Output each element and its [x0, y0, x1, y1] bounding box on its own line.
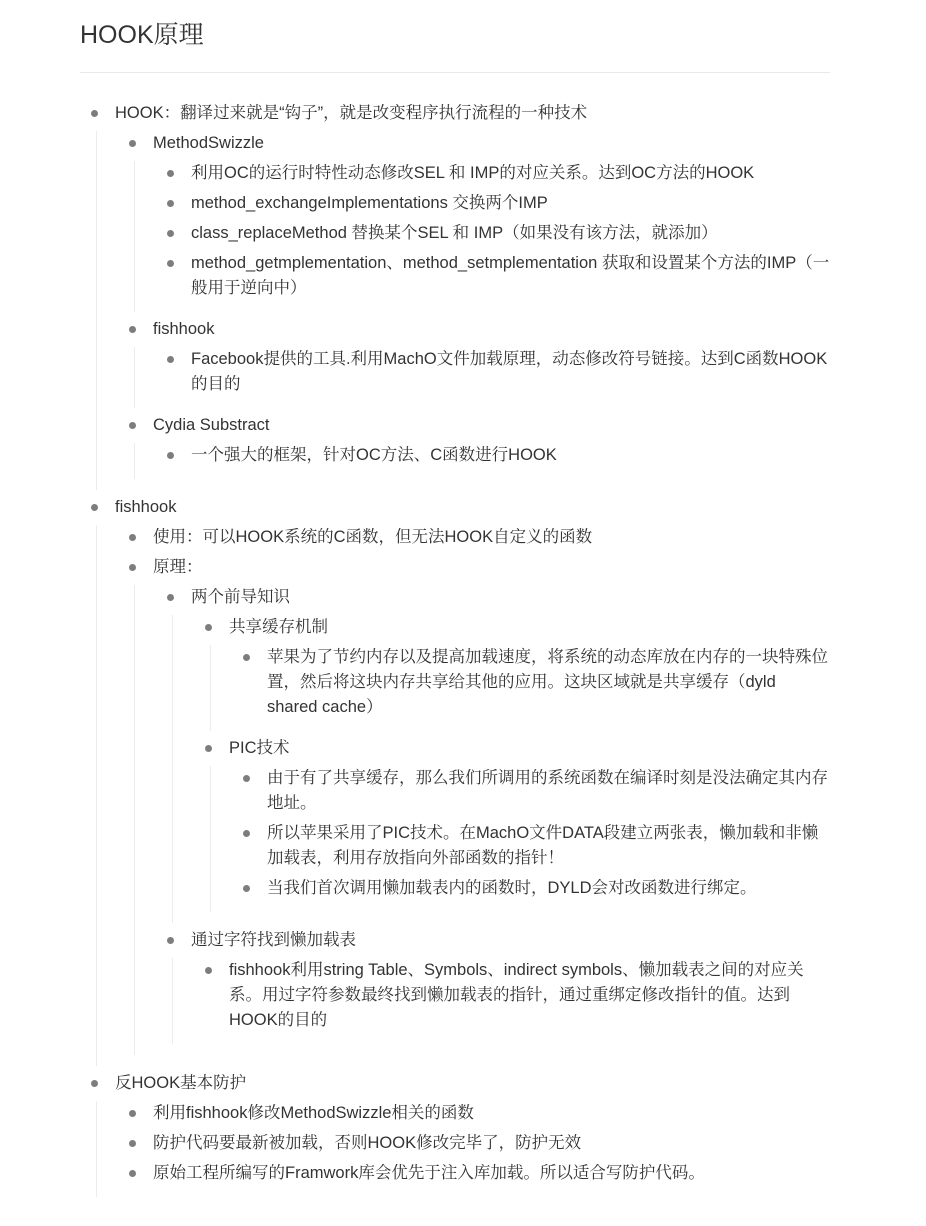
- outline-item: 原理：两个前导知识共享缓存机制苹果为了节约内存以及提高加载速度，将系统的动态库放…: [116, 555, 830, 1055]
- bullet-icon: [167, 170, 174, 177]
- outline-item: 防护代码要最新被加载，否则HOOK修改完毕了，防护无效: [116, 1131, 830, 1156]
- nested-outline-list: 一个强大的框架，针对OC方法、C函数进行HOOK: [134, 443, 830, 479]
- outline-item-text: MethodSwizzle: [153, 131, 830, 156]
- bullet-icon: [205, 624, 212, 631]
- outline-item-text: 由于有了共享缓存，那么我们所调用的系统函数在编译时刻是没法确定其内存地址。: [267, 766, 830, 816]
- bullet-icon: [167, 260, 174, 267]
- outline-item: 利用OC的运行时特性动态修改SEL 和 IMP的对应关系。达到OC方法的HOOK: [154, 161, 830, 186]
- nested-outline-list: 利用fishhook修改MethodSwizzle相关的函数防护代码要最新被加载…: [96, 1101, 830, 1197]
- nested-outline-list: fishhook利用string Table、Symbols、indirect …: [172, 958, 830, 1044]
- outline-item: MethodSwizzle利用OC的运行时特性动态修改SEL 和 IMP的对应关…: [116, 131, 830, 312]
- outline-item: method_getmplementation、method_setmpleme…: [154, 251, 830, 301]
- outline-item: 使用：可以HOOK系统的C函数，但无法HOOK自定义的函数: [116, 525, 830, 550]
- outline-item-text: fishhook利用string Table、Symbols、indirect …: [229, 958, 830, 1033]
- bullet-icon: [91, 110, 98, 117]
- outline-item-text: 利用OC的运行时特性动态修改SEL 和 IMP的对应关系。达到OC方法的HOOK: [191, 161, 830, 186]
- outline-item: 当我们首次调用懒加载表内的函数时，DYLD会对改函数进行绑定。: [230, 876, 830, 901]
- outline-item-text: 通过字符找到懒加载表: [191, 928, 830, 953]
- page-title: HOOK原理: [80, 0, 830, 72]
- outline-item: fishhook利用string Table、Symbols、indirect …: [192, 958, 830, 1033]
- outline-item-text: fishhook: [115, 495, 830, 520]
- outline-item-text: 利用fishhook修改MethodSwizzle相关的函数: [153, 1101, 830, 1126]
- nested-outline-list: 利用OC的运行时特性动态修改SEL 和 IMP的对应关系。达到OC方法的HOOK…: [134, 161, 830, 312]
- outline-item-text: Facebook提供的工具.利用MachO文件加载原理，动态修改符号链接。达到C…: [191, 347, 830, 397]
- outline-item: 所以苹果采用了PIC技术。在MachO文件DATA段建立两张表，懒加载和非懒加载…: [230, 821, 830, 871]
- outline-item-text: PIC技术: [229, 736, 830, 761]
- bullet-icon: [129, 534, 136, 541]
- outline-item: Cydia Substract一个强大的框架，针对OC方法、C函数进行HOOK: [116, 413, 830, 479]
- bullet-icon: [91, 1080, 98, 1087]
- outline-item: 原始工程所编写的Framwork库会优先于注入库加载。所以适合写防护代码。: [116, 1161, 830, 1186]
- bullet-icon: [129, 564, 136, 571]
- bullet-icon: [129, 1140, 136, 1147]
- bullet-icon: [167, 937, 174, 944]
- outline-item: 反HOOK基本防护利用fishhook修改MethodSwizzle相关的函数防…: [80, 1071, 830, 1197]
- title-divider: [80, 72, 830, 73]
- outline-item-text: 共享缓存机制: [229, 615, 830, 640]
- outline-item: fishhookFacebook提供的工具.利用MachO文件加载原理，动态修改…: [116, 317, 830, 408]
- nested-outline-list: 两个前导知识共享缓存机制苹果为了节约内存以及提高加载速度，将系统的动态库放在内存…: [134, 585, 830, 1055]
- outline-item-text: HOOK：翻译过来就是“钩子”，就是改变程序执行流程的一种技术: [115, 101, 830, 126]
- outline-item: PIC技术由于有了共享缓存，那么我们所调用的系统函数在编译时刻是没法确定其内存地…: [192, 736, 830, 912]
- bullet-icon: [129, 140, 136, 147]
- outline-item-text: 原始工程所编写的Framwork库会优先于注入库加载。所以适合写防护代码。: [153, 1161, 830, 1186]
- outline-item: 一个强大的框架，针对OC方法、C函数进行HOOK: [154, 443, 830, 468]
- outline-item-text: 反HOOK基本防护: [115, 1071, 830, 1096]
- outline-item-text: 两个前导知识: [191, 585, 830, 610]
- outline-item-text: 原理：: [153, 555, 830, 580]
- nested-outline-list: 共享缓存机制苹果为了节约内存以及提高加载速度，将系统的动态库放在内存的一块特殊位…: [172, 615, 830, 923]
- bullet-icon: [91, 504, 98, 511]
- outline-list: HOOK：翻译过来就是“钩子”，就是改变程序执行流程的一种技术MethodSwi…: [80, 101, 830, 1197]
- outline-item-text: Cydia Substract: [153, 413, 830, 438]
- bullet-icon: [129, 1170, 136, 1177]
- bullet-icon: [167, 452, 174, 459]
- outline-item-text: 使用：可以HOOK系统的C函数，但无法HOOK自定义的函数: [153, 525, 830, 550]
- bullet-icon: [167, 200, 174, 207]
- bullet-icon: [243, 654, 250, 661]
- nested-outline-list: Facebook提供的工具.利用MachO文件加载原理，动态修改符号链接。达到C…: [134, 347, 830, 408]
- bullet-icon: [129, 1110, 136, 1117]
- bullet-icon: [167, 594, 174, 601]
- nested-outline-list: 使用：可以HOOK系统的C函数，但无法HOOK自定义的函数原理：两个前导知识共享…: [96, 525, 830, 1066]
- nested-outline-list: MethodSwizzle利用OC的运行时特性动态修改SEL 和 IMP的对应关…: [96, 131, 830, 490]
- bullet-icon: [243, 775, 250, 782]
- bullet-icon: [205, 967, 212, 974]
- outline-item: HOOK：翻译过来就是“钩子”，就是改变程序执行流程的一种技术MethodSwi…: [80, 101, 830, 490]
- outline-item-text: 一个强大的框架，针对OC方法、C函数进行HOOK: [191, 443, 830, 468]
- bullet-icon: [167, 356, 174, 363]
- outline-item-text: method_exchangeImplementations 交换两个IMP: [191, 191, 830, 216]
- bullet-icon: [167, 230, 174, 237]
- bullet-icon: [129, 422, 136, 429]
- outline-item: 共享缓存机制苹果为了节约内存以及提高加载速度，将系统的动态库放在内存的一块特殊位…: [192, 615, 830, 731]
- outline-item-text: 所以苹果采用了PIC技术。在MachO文件DATA段建立两张表，懒加载和非懒加载…: [267, 821, 830, 871]
- outline-item: 苹果为了节约内存以及提高加载速度，将系统的动态库放在内存的一块特殊位置，然后将这…: [230, 645, 830, 720]
- outline-item: 利用fishhook修改MethodSwizzle相关的函数: [116, 1101, 830, 1126]
- outline-item: class_replaceMethod 替换某个SEL 和 IMP（如果没有该方…: [154, 221, 830, 246]
- outline-item: fishhook使用：可以HOOK系统的C函数，但无法HOOK自定义的函数原理：…: [80, 495, 830, 1066]
- outline-item-text: fishhook: [153, 317, 830, 342]
- bullet-icon: [129, 326, 136, 333]
- bullet-icon: [243, 830, 250, 837]
- outline-item-text: method_getmplementation、method_setmpleme…: [191, 251, 830, 301]
- nested-outline-list: 苹果为了节约内存以及提高加载速度，将系统的动态库放在内存的一块特殊位置，然后将这…: [210, 645, 830, 731]
- bullet-icon: [205, 745, 212, 752]
- outline-item-text: class_replaceMethod 替换某个SEL 和 IMP（如果没有该方…: [191, 221, 830, 246]
- document-page: HOOK原理 HOOK：翻译过来就是“钩子”，就是改变程序执行流程的一种技术Me…: [80, 0, 830, 1202]
- outline-item: 两个前导知识共享缓存机制苹果为了节约内存以及提高加载速度，将系统的动态库放在内存…: [154, 585, 830, 923]
- outline-item-text: 当我们首次调用懒加载表内的函数时，DYLD会对改函数进行绑定。: [267, 876, 830, 901]
- bullet-icon: [243, 885, 250, 892]
- outline-item-text: 防护代码要最新被加载，否则HOOK修改完毕了，防护无效: [153, 1131, 830, 1156]
- nested-outline-list: 由于有了共享缓存，那么我们所调用的系统函数在编译时刻是没法确定其内存地址。所以苹…: [210, 766, 830, 912]
- outline-item: method_exchangeImplementations 交换两个IMP: [154, 191, 830, 216]
- outline-item-text: 苹果为了节约内存以及提高加载速度，将系统的动态库放在内存的一块特殊位置，然后将这…: [267, 645, 830, 720]
- outline-item: 由于有了共享缓存，那么我们所调用的系统函数在编译时刻是没法确定其内存地址。: [230, 766, 830, 816]
- outline-item: 通过字符找到懒加载表fishhook利用string Table、Symbols…: [154, 928, 830, 1044]
- outline-item: Facebook提供的工具.利用MachO文件加载原理，动态修改符号链接。达到C…: [154, 347, 830, 397]
